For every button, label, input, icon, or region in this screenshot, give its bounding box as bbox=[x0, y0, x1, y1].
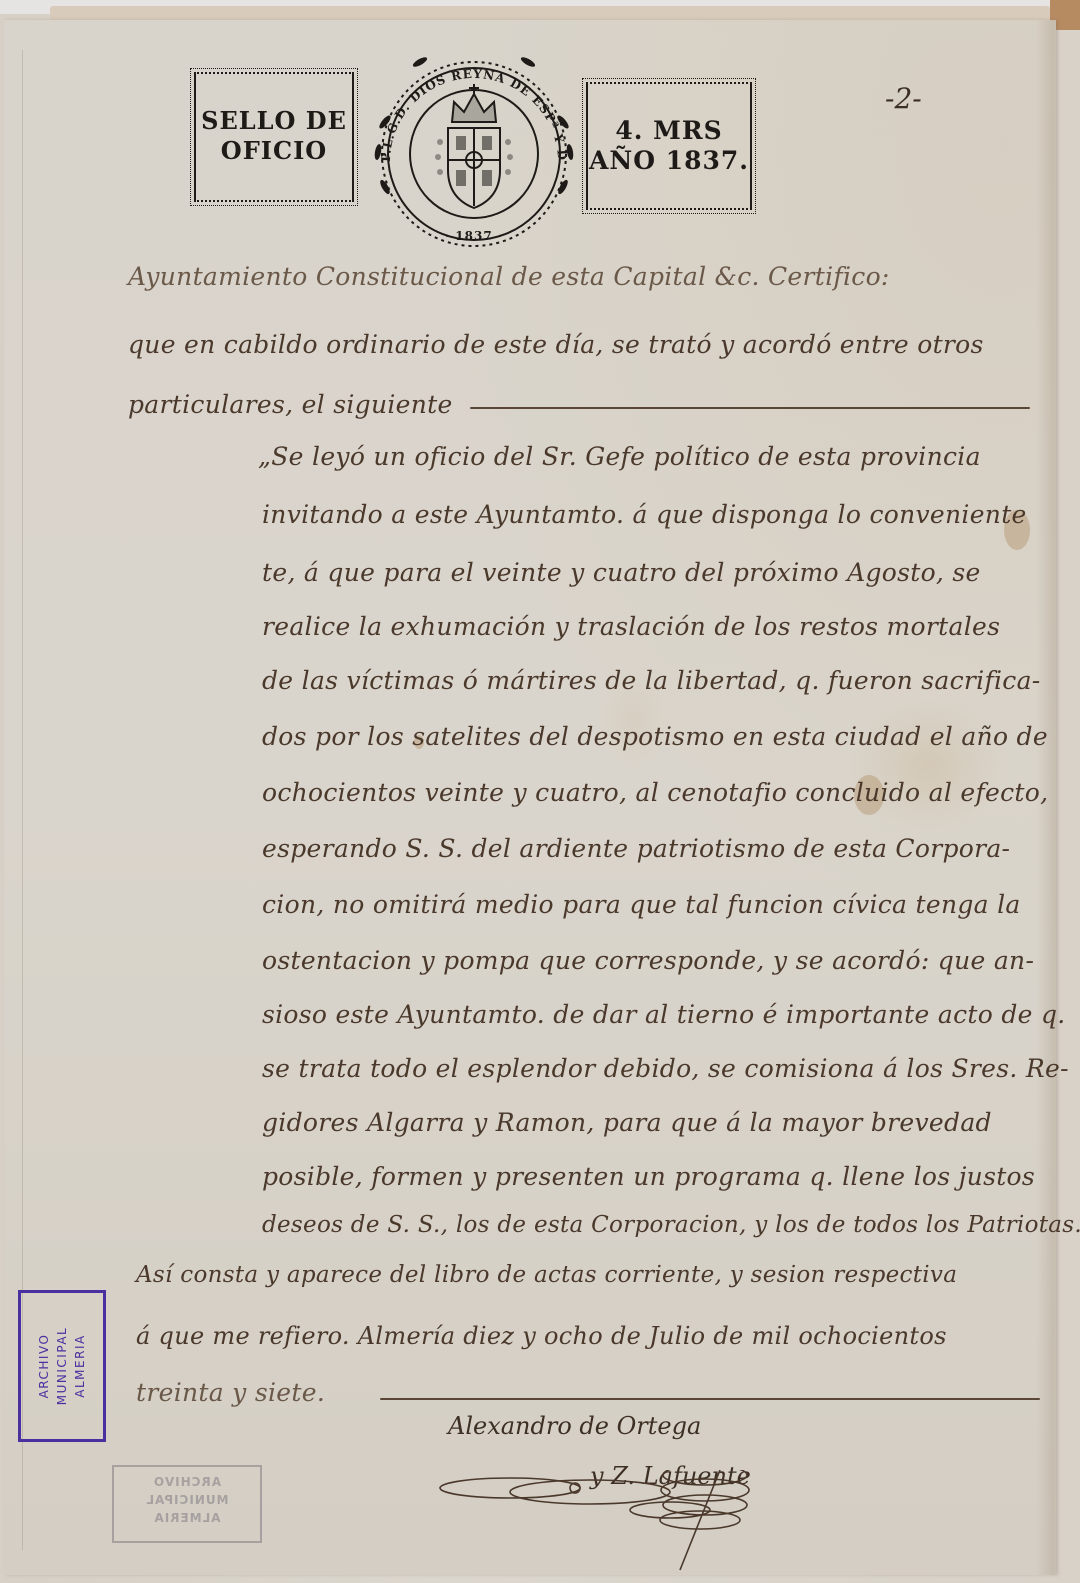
body-line: esperando S. S. del ardiente patriotismo… bbox=[262, 834, 1010, 863]
body-line: de las víctimas ó mártires de la liberta… bbox=[262, 666, 1041, 695]
body-line: realice la exhumación y traslación de lo… bbox=[262, 612, 1000, 641]
bleed-stamp-text: MUNICIPAL bbox=[114, 1491, 260, 1509]
archive-stamp-text: ALMERIA bbox=[71, 1296, 89, 1436]
heading-line: Ayuntamiento Constitucional de esta Capi… bbox=[128, 262, 890, 291]
archive-stamp-text: ARCHIVO bbox=[35, 1296, 53, 1436]
stamp-value-year: 4. MRS AÑO 1837. bbox=[586, 82, 752, 210]
stamp-text: 4. MRS bbox=[588, 116, 750, 146]
heading-line: que en cabildo ordinario de este día, se… bbox=[128, 330, 984, 359]
body-line: te, á que para el veinte y cuatro del pr… bbox=[262, 558, 981, 587]
archive-stamp: ARCHIVO MUNICIPAL ALMERIA bbox=[18, 1290, 106, 1442]
archive-stamp-text: MUNICIPAL bbox=[53, 1296, 71, 1436]
body-line: invitando a este Ayuntamto. á que dispon… bbox=[262, 500, 1027, 529]
document-scan: SELLO DE OFICIO ISABEL 2ª P.L.G.D. DIOS … bbox=[0, 0, 1080, 1583]
signature-flourish-icon bbox=[430, 1470, 760, 1580]
stamp-sello-de-oficio: SELLO DE OFICIO bbox=[194, 72, 354, 202]
body-line: dos por los satelites del despotismo en … bbox=[262, 722, 1048, 751]
stamp-text: OFICIO bbox=[196, 136, 352, 166]
closing-line: á que me refiero. Almería diez y ocho de… bbox=[136, 1322, 947, 1350]
signature-name: Alexandro de Ortega bbox=[448, 1412, 701, 1440]
closing-line: Así consta y aparece del libro de actas … bbox=[136, 1262, 957, 1288]
folio-number: -2- bbox=[885, 82, 922, 115]
body-line: gidores Algarra y Ramon, para que á la m… bbox=[262, 1108, 992, 1137]
stamp-text: SELLO DE bbox=[196, 106, 352, 136]
bleed-stamp-text: ARCHIVO bbox=[114, 1473, 260, 1491]
bleed-through-stamp: ARCHIVO MUNICIPAL ALMERIA bbox=[112, 1465, 262, 1543]
line-filler bbox=[470, 407, 1030, 409]
line-filler bbox=[380, 1398, 1040, 1400]
heading-line: particulares, el siguiente bbox=[128, 390, 453, 419]
body-line: ostentacion y pompa que corresponde, y s… bbox=[262, 946, 1034, 975]
closing-line: treinta y siete. bbox=[136, 1378, 325, 1407]
stamp-text: AÑO 1837. bbox=[588, 146, 750, 176]
body-line: deseos de S. S., los de esta Corporacion… bbox=[262, 1212, 1080, 1238]
body-line: cion, no omitirá medio para que tal func… bbox=[262, 890, 1021, 919]
body-line: sioso este Ayuntamto. de dar al tierno é… bbox=[262, 1000, 1066, 1029]
body-line: se trata todo el esplendor debido, se co… bbox=[262, 1054, 1069, 1083]
body-line: „Se leyó un oficio del Sr. Gefe político… bbox=[258, 442, 981, 471]
body-line: posible, formen y presenten un programa … bbox=[262, 1162, 1035, 1191]
body-line: ochocientos veinte y cuatro, al cenotafi… bbox=[262, 778, 1048, 807]
bleed-stamp-text: ALMERIA bbox=[114, 1509, 260, 1527]
svg-text:· 1837 ·: · 1837 · bbox=[445, 229, 503, 243]
royal-seal-icon: ISABEL 2ª P.L.G.D. DIOS REYNA DE ESPª Y … bbox=[360, 42, 588, 260]
